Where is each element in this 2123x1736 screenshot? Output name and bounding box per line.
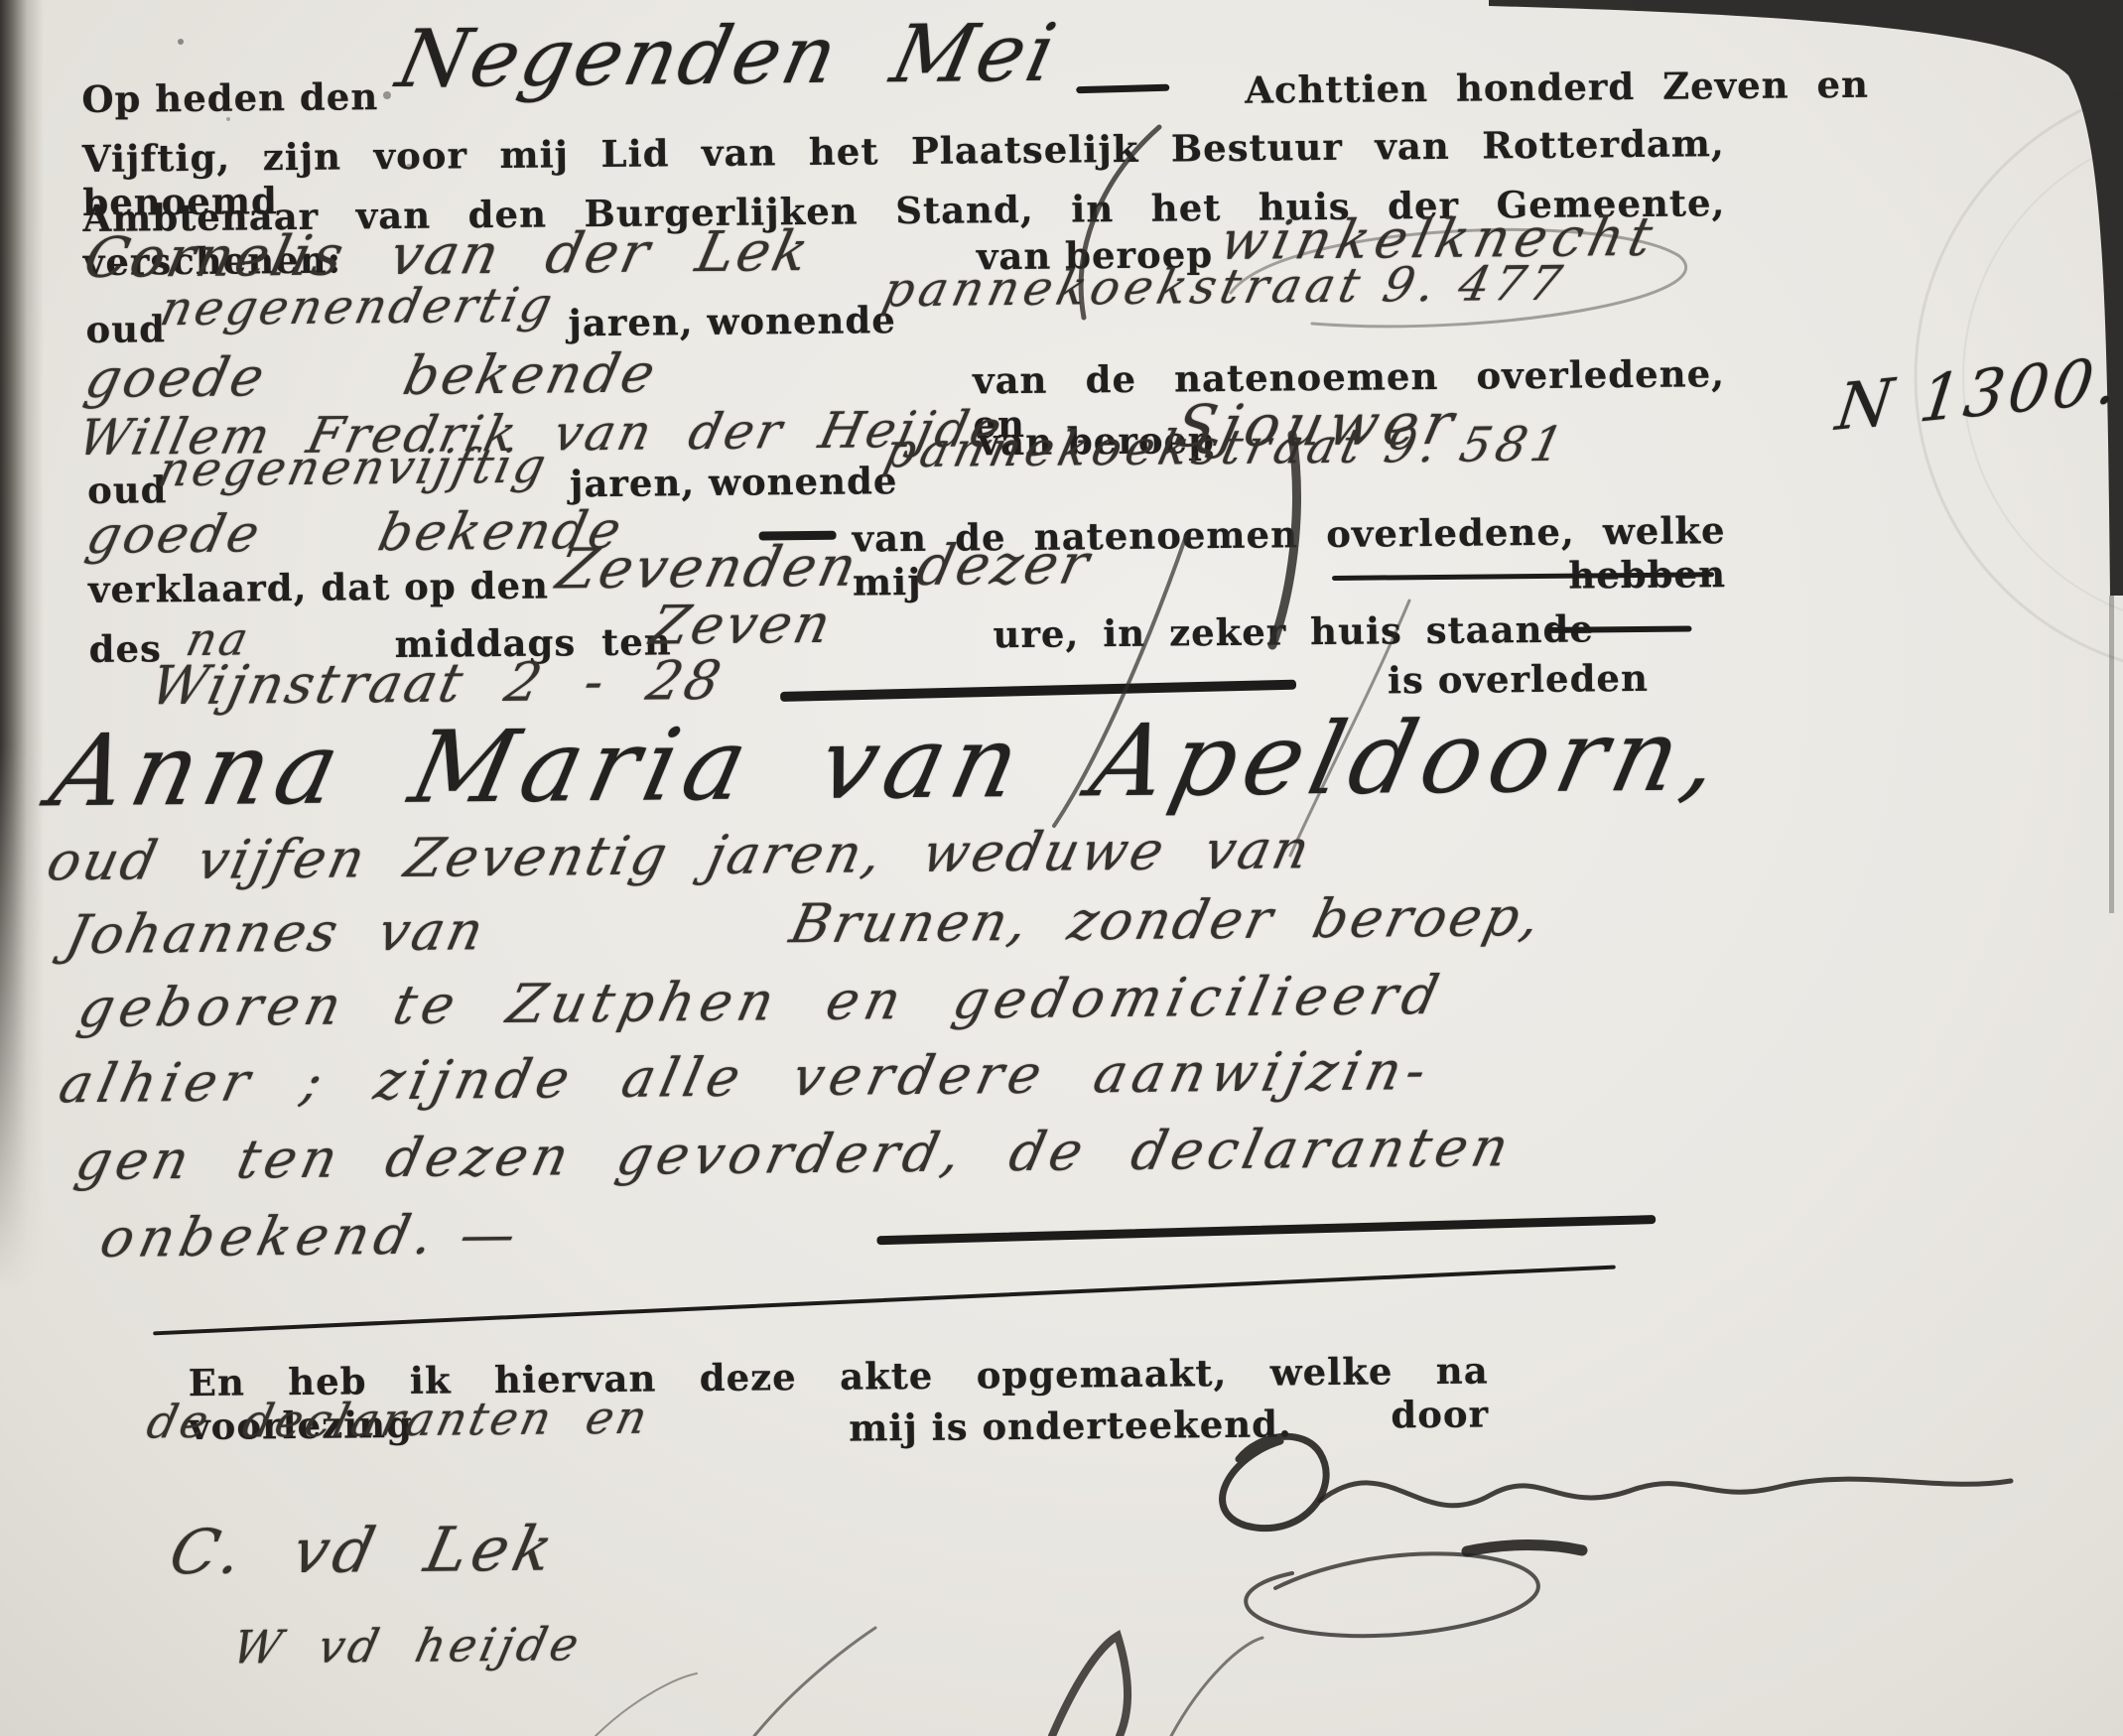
printed-des: des [88,626,162,671]
filler-dash [1547,625,1691,632]
filler-dash [1076,84,1169,94]
margin-act-number: N 1300. [1832,343,2123,446]
book-binding-edge [0,0,44,1290]
deceased-widow-of-b: Brunen, zonder beroep, [785,885,1549,955]
filler-line-heavy [780,680,1296,702]
printed-op-heden-den: Op heden den [81,74,378,121]
declarant2-relation: goede bekende [81,501,629,566]
death-certificate-scan: Op heden den Negenden Mei Achttien honde… [0,0,2123,1736]
deceased-age-line: oud vijfen Zeventig jaren, weduwe van [42,818,1318,892]
printed-ure-huis-staande: ure, in zeker huis staande [993,606,1594,656]
printed-year-part: Achttien honderd Zeven en [1245,63,1869,112]
declarant2-age: negenenvijftig [153,438,554,497]
signature-declarant1: C. vd Lek [164,1512,565,1588]
printed-oud-1: oud [85,307,166,351]
declarant1-age: negenendertig [156,277,561,336]
declarant1-address: pannekoekstraat 9. 477 [877,256,1571,319]
deceased-name: Anna Maria van Apeldoorn, [41,697,1738,829]
printed-verklaard: verklaard, dat op den [88,564,549,611]
printed-jaren-wonende-2: jaren, wonende [570,459,898,505]
declarant2-address: pannekoekstraat 9. 581 [879,417,1573,479]
signature-declarant2: W vd heijde [228,1617,588,1673]
deceased-unknown-line: onbekend. — [95,1203,528,1269]
handwritten-date: Negenden Mei [389,7,1066,106]
printed-is-overleden: is overleden [1388,656,1649,703]
deceased-remarks-line: gen ten dezen gevorderd, de declaranten [70,1116,1520,1192]
deceased-widow-of-a: Johannes van [61,899,492,966]
declarant1-relation: goede bekende [79,341,663,410]
handwritten-declaranten: de declaranten en [142,1391,655,1449]
printed-onderteekend: mij is onderteekend. [849,1402,1292,1449]
act-text-layer: Op heden den Negenden Mei Achttien honde… [0,0,2123,1736]
closing-line-heavy [876,1215,1656,1245]
deceased-domicile-line: alhier ; zijnde alle verdere aanwijzin- [54,1039,1437,1115]
handwritten-hour: Zeven [645,593,840,657]
printed-jaren-wonende-1: jaren, wonende [568,298,896,344]
deceased-birthplace-line: geboren te Zutphen en gedomicilieerd [72,964,1450,1039]
closing-line-thin [153,1265,1616,1335]
